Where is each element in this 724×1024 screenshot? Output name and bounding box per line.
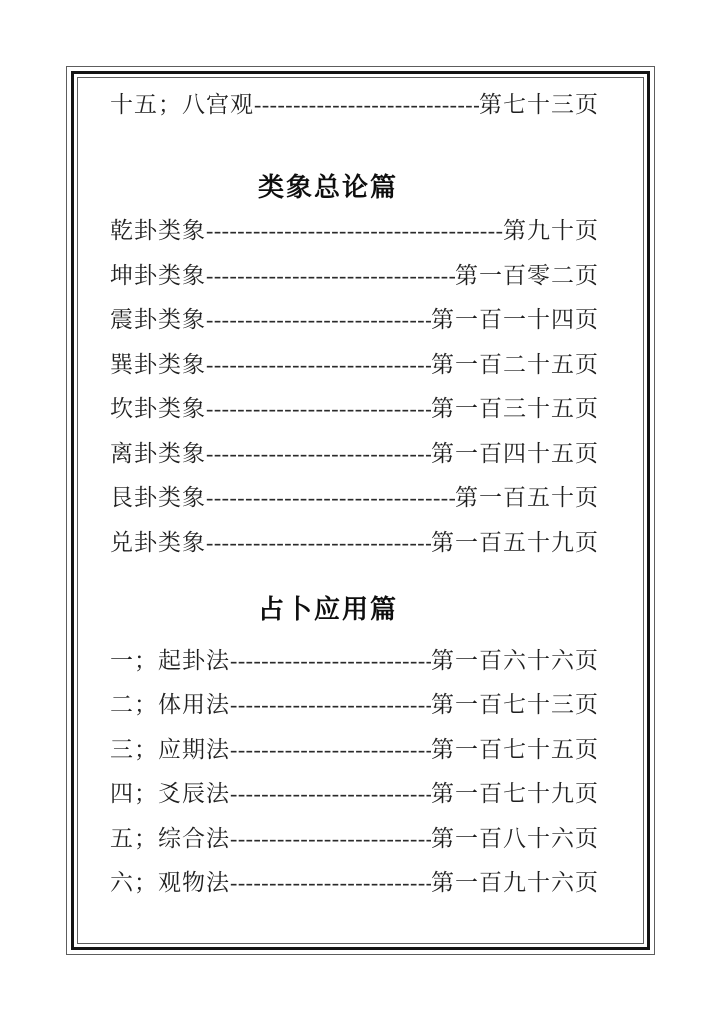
toc-content: 十五；八宫观 ---------------------------------… xyxy=(78,78,643,943)
toc-entry-page: 第一百九十六页 xyxy=(431,869,599,897)
toc-entry: 三；应期法 ----------------------------------… xyxy=(110,736,599,764)
toc-entry: 艮卦类象 -----------------------------------… xyxy=(110,484,599,512)
toc-entry-page: 第一百四十五页 xyxy=(431,440,599,468)
toc-entry-label: 坤卦类象 xyxy=(110,262,206,290)
section-heading: 类象总论篇 xyxy=(110,172,599,202)
toc-entry: 兑卦类象 -----------------------------------… xyxy=(110,529,599,557)
toc-entry-label: 艮卦类象 xyxy=(110,484,206,512)
toc-entry-label: 二；体用法 xyxy=(110,691,230,719)
toc-entry: 五；综合法 ----------------------------------… xyxy=(110,825,599,853)
toc-entry: 坎卦类象 -----------------------------------… xyxy=(110,395,599,423)
toc-entry-page: 第一百七十五页 xyxy=(431,736,599,764)
toc-entry-page: 第一百二十五页 xyxy=(431,351,599,379)
toc-entry-page: 第一百八十六页 xyxy=(431,825,599,853)
toc-leader: ----------------------------------------… xyxy=(230,869,431,897)
toc-entry: 一；起卦法 ----------------------------------… xyxy=(110,647,599,675)
toc-entry-page: 第一百五十页 xyxy=(455,484,599,512)
toc-section-list: 一；起卦法 ----------------------------------… xyxy=(110,647,599,898)
toc-section-list: 乾卦类象 -----------------------------------… xyxy=(110,217,599,557)
toc-entry-page: 第一百六十六页 xyxy=(431,647,599,675)
toc-leader: ----------------------------------------… xyxy=(206,351,431,379)
toc-leader: ----------------------------------------… xyxy=(206,217,503,245)
toc-entry: 六；观物法 ----------------------------------… xyxy=(110,869,599,897)
toc-entry-page: 第七十三页 xyxy=(479,91,599,119)
toc-leader: ----------------------------------------… xyxy=(206,306,431,334)
toc-entry-page: 第一百三十五页 xyxy=(431,395,599,423)
toc-leader: ----------------------------------------… xyxy=(230,691,431,719)
toc-entry-label: 六；观物法 xyxy=(110,869,230,897)
toc-entry-page: 第九十页 xyxy=(503,217,599,245)
toc-entry-page: 第一百七十九页 xyxy=(431,780,599,808)
toc-entry-label: 震卦类象 xyxy=(110,306,206,334)
toc-entry-label: 离卦类象 xyxy=(110,440,206,468)
toc-entry: 离卦类象 -----------------------------------… xyxy=(110,440,599,468)
toc-entry-page: 第一百一十四页 xyxy=(431,306,599,334)
book-page: 十五；八宫观 ---------------------------------… xyxy=(0,0,724,1024)
section-heading: 占卜应用篇 xyxy=(110,594,599,624)
toc-entry-label: 兑卦类象 xyxy=(110,529,206,557)
toc-entry-label: 三；应期法 xyxy=(110,736,230,764)
toc-entry-label: 四；爻辰法 xyxy=(110,780,230,808)
toc-leader: ----------------------------------------… xyxy=(206,484,455,512)
toc-entry-label: 乾卦类象 xyxy=(110,217,206,245)
page-border-thick: 十五；八宫观 ---------------------------------… xyxy=(71,71,650,950)
toc-entry-label: 巽卦类象 xyxy=(110,351,206,379)
toc-entry: 震卦类象 -----------------------------------… xyxy=(110,306,599,334)
toc-leader: ----------------------------------------… xyxy=(230,647,431,675)
toc-leader: ----------------------------------------… xyxy=(230,736,431,764)
toc-leader: ----------------------------------------… xyxy=(230,780,431,808)
toc-entry: 十五；八宫观 ---------------------------------… xyxy=(110,91,599,119)
toc-entry-label: 五；综合法 xyxy=(110,825,230,853)
toc-entry-page: 第一百零二页 xyxy=(455,262,599,290)
page-border-outer: 十五；八宫观 ---------------------------------… xyxy=(66,66,655,955)
toc-entry: 巽卦类象 -----------------------------------… xyxy=(110,351,599,379)
toc-leader: ----------------------------------------… xyxy=(206,262,455,290)
page-border-inner: 十五；八宫观 ---------------------------------… xyxy=(77,77,644,944)
toc-entry: 坤卦类象 -----------------------------------… xyxy=(110,262,599,290)
toc-entry: 乾卦类象 -----------------------------------… xyxy=(110,217,599,245)
toc-entry: 四；爻辰法 ----------------------------------… xyxy=(110,780,599,808)
toc-leader: ----------------------------------------… xyxy=(230,825,431,853)
toc-entry-page: 第一百五十九页 xyxy=(431,529,599,557)
toc-entry: 二；体用法 ----------------------------------… xyxy=(110,691,599,719)
toc-entry-label: 坎卦类象 xyxy=(110,395,206,423)
toc-entry-page: 第一百七十三页 xyxy=(431,691,599,719)
toc-leader: ----------------------------------------… xyxy=(254,91,479,119)
toc-leader: ----------------------------------------… xyxy=(206,440,431,468)
toc-entry-label: 一；起卦法 xyxy=(110,647,230,675)
toc-entry-label: 十五；八宫观 xyxy=(110,91,254,119)
toc-leader: ----------------------------------------… xyxy=(206,395,431,423)
toc-leader: ----------------------------------------… xyxy=(206,529,431,557)
